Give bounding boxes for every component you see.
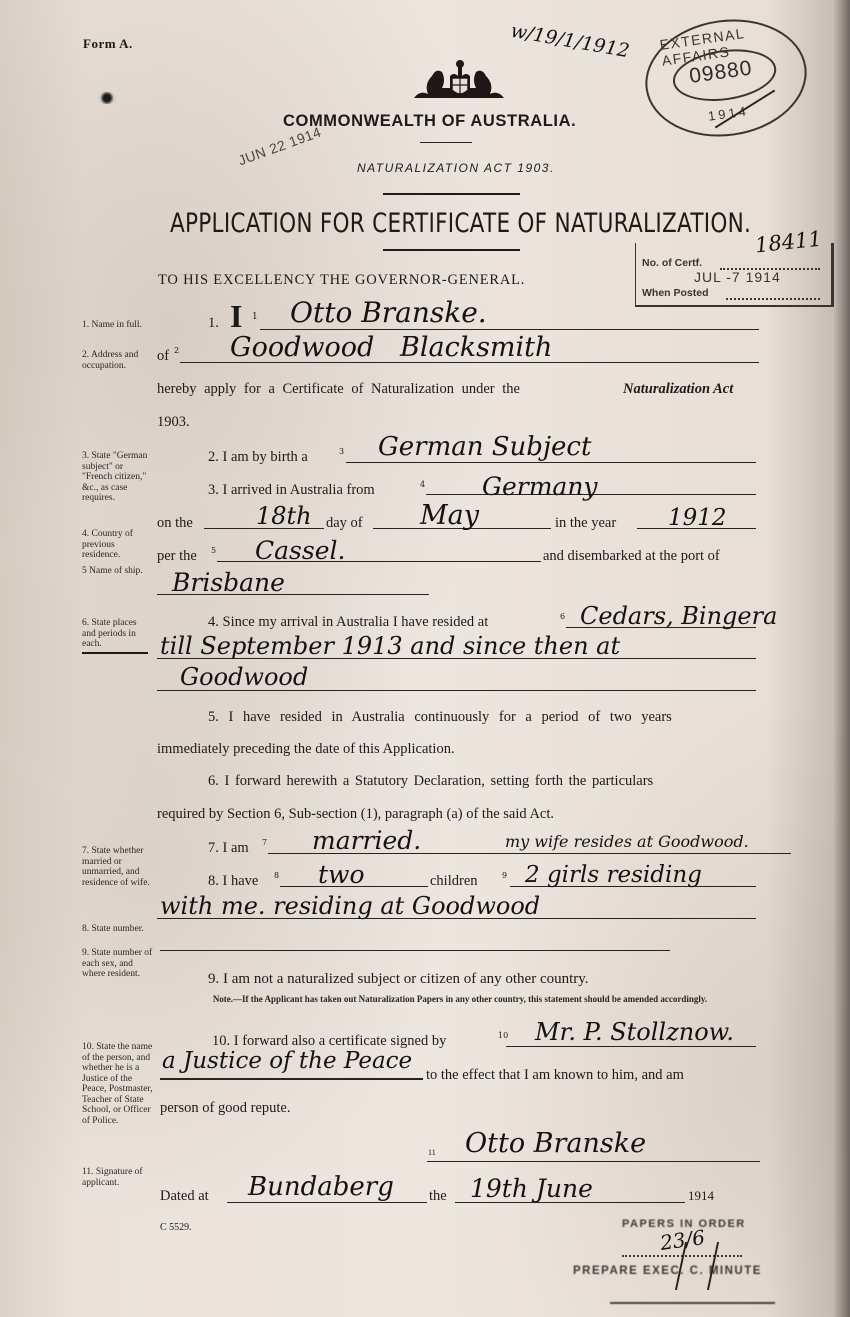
margin-note-4: 4. Country of previous residence. [82, 529, 154, 561]
q9-statement: 9. I am not a naturalized subject or cit… [208, 971, 589, 988]
margin-note-3: 3. State "German subject" or "French cit… [82, 451, 154, 504]
signature-line [427, 1161, 760, 1162]
note-text: Note.—If the Applicant has taken out Nat… [160, 994, 760, 1004]
margin-note-6: 6. State places and periods in each. [82, 618, 148, 654]
stamp-year: 1914 [707, 103, 750, 124]
q6-line-2: required by Section 6, Sub-section (1), … [157, 806, 554, 823]
referee-name[interactable]: Mr. P. Stollznow. [535, 1018, 734, 1046]
place-line [227, 1202, 427, 1203]
act-subtitle: NATURALIZATION ACT 1903. [357, 161, 555, 175]
referee-line [506, 1046, 756, 1047]
applicant-signature[interactable]: Otto Branske [465, 1128, 646, 1159]
certificate-number-box: No. of Certf. JUL -7 1914 When Posted [635, 243, 834, 307]
q2-label: 2. I am by birth a [208, 449, 308, 466]
signed-place[interactable]: Bundaberg [248, 1172, 394, 1202]
external-affairs-stamp: EXTERNAL AFFAIRS 09880 1914 [638, 9, 815, 146]
q7-label: 7. I am [208, 840, 249, 857]
of-label: of [157, 348, 169, 365]
divider [383, 249, 520, 251]
wife-residence[interactable]: my wife resides at Goodwood. [505, 832, 749, 851]
received-date-stamp: JUN 22 1914 [236, 124, 323, 169]
q10-continued: to the effect that I am known to him, an… [426, 1067, 684, 1084]
margin-note-9: 9. State number of each sex, and where r… [82, 948, 154, 980]
q10-end: person of good repute. [160, 1100, 290, 1117]
form-code: C 5529. [160, 1222, 192, 1233]
blank-line [160, 950, 670, 951]
children-detail-1[interactable]: 2 girls residing [525, 862, 702, 888]
margin-note-10: 10. State the name of the person, and wh… [82, 1042, 154, 1126]
the-label: the [429, 1188, 447, 1205]
birth-line [346, 462, 756, 463]
residence-3[interactable]: Goodwood [180, 663, 308, 691]
residence-1[interactable]: Cedars, Bingera [580, 602, 777, 630]
referee-title-line [160, 1078, 423, 1080]
dated-at-label: Dated at [160, 1188, 209, 1205]
signed-date[interactable]: 19th June [470, 1174, 593, 1203]
addressee: TO HIS EXCELLENCY THE GOVERNOR-GENERAL. [158, 272, 525, 289]
arrival-month[interactable]: May [420, 500, 479, 531]
arrival-day[interactable]: 18th [256, 502, 312, 530]
q6-line-1: 6. I forward herewith a Statutory Declar… [208, 773, 653, 790]
children-label: children [430, 873, 478, 890]
margin-note-2: 2. Address and occupation. [82, 350, 154, 371]
coat-of-arms-icon [410, 58, 508, 104]
arrival-year[interactable]: 1912 [668, 505, 727, 531]
q1-I: I [230, 298, 242, 335]
apply-text: hereby apply for a Certificate of Natura… [157, 381, 520, 398]
in-the-year-label: in the year [555, 515, 616, 532]
birth-nationality[interactable]: German Subject [378, 432, 591, 462]
document-page: Form A. COMMONWEALTH OF AUSTRALIA. NATUR… [0, 0, 850, 1317]
margin-note-11: 11. Signature of applicant. [82, 1167, 154, 1188]
disembarked-label: and disembarked at the port of [543, 548, 720, 565]
staple-hole [97, 92, 117, 104]
act-year: 1903. [157, 414, 190, 431]
divider [383, 193, 520, 195]
prepare-minute-stamp: PREPARE EXEC. C. MINUTE [573, 1265, 762, 1277]
act-name: Naturalization Act [623, 381, 733, 398]
q4-label: 4. Since my arrival in Australia I have … [208, 614, 488, 631]
day-of-label: day of [326, 515, 363, 532]
on-the-label: on the [157, 515, 193, 532]
children-detail-2[interactable]: with me. residing at Goodwood [160, 892, 540, 920]
name-line [260, 329, 759, 330]
cert-date-stamp: JUL -7 1914 [694, 269, 781, 285]
referee-title[interactable]: a Justice of the Peace [162, 1048, 412, 1074]
arrived-from[interactable]: Germany [482, 472, 598, 501]
q1-number: 1. [208, 315, 219, 332]
divider [420, 142, 472, 143]
applicant-name[interactable]: Otto Branske. [290, 296, 487, 329]
no-of-certf-label: No. of Certf. [642, 257, 702, 269]
stamp-underline [610, 1302, 775, 1304]
residence-2[interactable]: till September 1913 and since then at [160, 632, 620, 660]
margin-note-1: 1. Name in full. [82, 320, 154, 331]
margin-note-5: 5 Name of ship. [82, 566, 154, 577]
margin-note-8: 8. State number. [82, 924, 154, 935]
margin-note-7: 7. State whether married or unmarried, a… [82, 846, 154, 888]
q3-label: 3. I arrived in Australia from [208, 482, 375, 499]
form-label: Form A. [83, 36, 133, 52]
page-title: APPLICATION FOR CERTIFICATE OF NATURALIZ… [170, 208, 751, 239]
per-the-label: per the [157, 548, 197, 565]
handwritten-file-ref: w/19/1/1912 [509, 20, 631, 63]
marital-status[interactable]: married. [312, 826, 421, 855]
when-posted-label: When Posted [642, 287, 709, 299]
port-name[interactable]: Brisbane [172, 568, 285, 597]
q8-label: 8. I have [208, 873, 258, 890]
q5-line-1: 5. I have resided in Australia continuou… [208, 709, 672, 726]
q5-line-2: immediately preceding the date of this A… [157, 741, 455, 758]
children-count[interactable]: two [318, 860, 365, 889]
country-heading: COMMONWEALTH OF AUSTRALIA. [283, 112, 576, 131]
ship-name[interactable]: Cassel. [255, 536, 345, 565]
address-occupation[interactable]: Goodwood Blacksmith [230, 332, 552, 363]
signed-year: 1914 [688, 1188, 714, 1204]
